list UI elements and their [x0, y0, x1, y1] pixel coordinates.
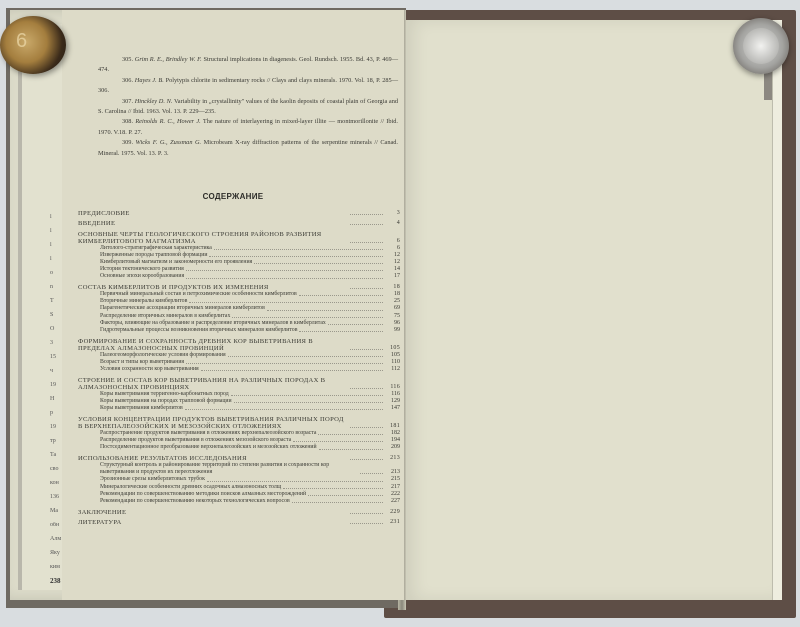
toc-leader-dots — [350, 427, 383, 428]
toc-entry-label: Литература — [78, 519, 350, 526]
toc-page-number: 227 — [386, 498, 400, 505]
toc-leader-dots — [350, 513, 383, 514]
toc-page-number: 209 — [386, 444, 400, 451]
toc-section-entry: Изверженные породы трапповой формации12 — [78, 252, 400, 259]
toc-page-number: 112 — [386, 366, 400, 373]
toc-leader-dots — [186, 278, 383, 279]
toc-chapter-entry: Условия концентрации продуктов выветрива… — [78, 416, 400, 430]
toc-chapter-entry: Литература231 — [78, 519, 400, 526]
toc-page-number: 116 — [386, 391, 400, 398]
toc-chapter-entry: Введение4 — [78, 220, 400, 227]
toc-page-number: 110 — [386, 359, 400, 366]
reference-authors: Hinckley D. N. — [135, 98, 173, 105]
toc-leader-dots — [350, 224, 383, 225]
reference-entry: 309. Wicks F. G., Zussman G. Microbeam X… — [98, 138, 398, 159]
reference-number: 306. — [122, 77, 135, 84]
toc-entry-label: Заключение — [78, 509, 350, 516]
reference-number: 307. — [122, 98, 135, 105]
toc-section-entry: Минералогические особенности древних оса… — [78, 484, 400, 491]
toc-chapter-entry: Основные черты геологического строения р… — [78, 231, 400, 245]
toc-leader-dots — [360, 473, 383, 474]
toc-leader-dots — [186, 270, 383, 271]
toc-section-entry: Факторы, влияющие на образование и распр… — [78, 320, 400, 327]
reference-authors: Reinolds R. C., Hower J. — [135, 118, 200, 125]
toc-leader-dots — [234, 402, 383, 403]
toc-section-entry: Условия сохранности кор выветривания112 — [78, 366, 400, 373]
toc-leader-dots — [254, 263, 383, 264]
coin-weight-left-icon: 6 — [0, 16, 66, 74]
toc-leader-dots — [201, 370, 383, 371]
toc-section-entry: Коры выветривания кимберлитов147 — [78, 405, 400, 412]
toc-chapter-entry: Использование результатов исследования21… — [78, 455, 400, 462]
toc-page-number: 222 — [386, 491, 400, 498]
left-page: llllonTSO315ч19Нр19трТасвокон136МаобнАлм… — [10, 10, 404, 600]
toc-page-number: 25 — [386, 298, 400, 305]
toc-page-number: 129 — [386, 398, 400, 405]
toc-leader-dots — [209, 256, 383, 257]
toc-section-entry: Литолого-стратиграфическая характеристик… — [78, 245, 400, 252]
toc-page-number: 18 — [386, 291, 400, 298]
toc-section-entry: Палеогеоморфологические условия формиров… — [78, 352, 400, 359]
toc-page-number: 116 — [386, 384, 400, 391]
toc-entry-label: Структурный контроль и районирование тер… — [100, 462, 360, 476]
toc-page-number: 96 — [386, 320, 400, 327]
toc-page-number: 194 — [386, 437, 400, 444]
toc-page-number: 105 — [386, 352, 400, 359]
toc-chapter-entry: Заключение229 — [78, 509, 400, 516]
toc-entry-label: Основные черты геологического строения р… — [78, 231, 350, 245]
toc-section-entry: Гидротермальные процессы возникновения в… — [78, 327, 400, 334]
toc-page-number: 217 — [386, 484, 400, 491]
toc-entry-label: Эрозионные срезы кимберлитовых трубок — [100, 476, 207, 483]
toc-page-number: 229 — [386, 509, 400, 516]
toc-section-entry: Постседиментационное преобразование верх… — [78, 444, 400, 451]
toc-page-number: 17 — [386, 273, 400, 280]
toc-leader-dots — [299, 331, 383, 332]
reference-entry: 306. Hayes J. B. Polytypis chlorite in s… — [98, 76, 398, 97]
references-list: 305. Grim R. E., Brindley W. F. Structur… — [98, 55, 398, 159]
toc-leader-dots — [328, 324, 383, 325]
toc-entry-label: Коры выветривания терригенно-карбонатных… — [100, 391, 231, 398]
toc-entry-label: Условия концентрации продуктов выветрива… — [78, 416, 350, 430]
coin-glyph: 6 — [16, 30, 27, 53]
reference-authors: Hayes J. B. — [135, 77, 164, 84]
toc-leader-dots — [308, 495, 383, 496]
reference-entry: 307. Hinckley D. N. Variability in „crys… — [98, 97, 398, 118]
toc-entry-label: Кимберлитовый магматизм и закономерности… — [100, 259, 254, 266]
toc-entry-label: Литолого-стратиграфическая характеристик… — [100, 245, 214, 252]
toc-leader-dots — [283, 488, 383, 489]
reference-authors: Wicks F. G., Zussman G. — [136, 139, 202, 146]
toc-entry-label: Коры выветривания кимберлитов — [100, 405, 185, 412]
underlying-page-edge: llllonTSO315ч19Нр19трТасвокон136МаобнАлм… — [18, 24, 64, 590]
toc-entry-label: Предисловие — [78, 210, 350, 217]
toc-page-number: 6 — [386, 245, 400, 252]
toc-entry-label: Состав кимберлитов и продуктов их измене… — [78, 284, 350, 291]
toc-page-number: 213 — [386, 469, 400, 476]
toc-page-number: 105 — [386, 345, 400, 352]
toc-leader-dots — [267, 310, 383, 311]
toc-page-number: 182 — [386, 430, 400, 437]
toc-leader-dots — [231, 395, 383, 396]
coin-weight-right-icon — [733, 18, 789, 74]
reference-authors: Grim R. E., Brindley W. F. — [135, 56, 202, 63]
toc-section-entry: Кимберлитовый магматизм и закономерности… — [78, 259, 400, 266]
toc-page-number: 18 — [386, 284, 400, 291]
toc-page-number: 147 — [386, 405, 400, 412]
toc-entry-label: Факторы, влияющие на образование и распр… — [100, 320, 328, 327]
toc-entry-label: Парагенетические ассоциации вторичных ми… — [100, 305, 267, 312]
reference-number: 309. — [122, 139, 136, 146]
toc-leader-dots — [232, 317, 383, 318]
reference-entry: 305. Grim R. E., Brindley W. F. Structur… — [98, 55, 398, 76]
toc-entry-label: Постседиментационное преобразование верх… — [100, 444, 319, 451]
toc-leader-dots — [350, 288, 383, 289]
toc-page-number: 4 — [386, 220, 400, 227]
toc-leader-dots — [293, 441, 383, 442]
toc-entry-label: Возраст и типы кор выветривания — [100, 359, 186, 366]
toc-section-entry: Распределение вторичных минералов в кимб… — [78, 313, 400, 320]
table-of-contents: Предисловие3Введение4Основные черты геол… — [78, 206, 400, 526]
toc-page-number: 3 — [386, 210, 400, 217]
toc-entry-label: Гидротермальные процессы возникновения в… — [100, 327, 299, 334]
toc-entry-label: Распределение вторичных минералов в кимб… — [100, 313, 232, 320]
toc-entry-label: Введение — [78, 220, 350, 227]
toc-section-entry: Рекомендации по совершенствованию методи… — [78, 491, 400, 498]
reference-number: 305. — [122, 56, 135, 63]
toc-leader-dots — [299, 295, 383, 296]
toc-leader-dots — [185, 409, 383, 410]
toc-leader-dots — [186, 363, 383, 364]
toc-entry-label: Формирование и сохранность древних кор в… — [78, 338, 350, 352]
toc-section-entry: Парагенетические ассоциации вторичных ми… — [78, 305, 400, 312]
toc-entry-label: Использование результатов исследования — [78, 455, 350, 462]
toc-leader-dots — [189, 302, 383, 303]
toc-leader-dots — [318, 434, 383, 435]
toc-entry-label: Рекомендации по совершенствованию методи… — [100, 491, 308, 498]
toc-leader-dots — [350, 388, 383, 389]
toc-page-number: 69 — [386, 305, 400, 312]
toc-entry-label: Рекомендации по совершенствованию некото… — [100, 498, 292, 505]
toc-leader-dots — [350, 214, 383, 215]
toc-section-entry: Коры выветривания терригенно-карбонатных… — [78, 391, 400, 398]
toc-section-entry: Структурный контроль и районирование тер… — [78, 462, 400, 476]
reference-number: 308. — [122, 118, 135, 125]
toc-section-entry: Основные эпохи корообразования17 — [78, 273, 400, 280]
toc-page-number: 99 — [386, 327, 400, 334]
toc-page-number: 12 — [386, 259, 400, 266]
toc-page-number: 215 — [386, 476, 400, 483]
toc-page-number: 181 — [386, 423, 400, 430]
toc-title: СОДЕРЖАНИЕ — [62, 192, 404, 201]
toc-page-number: 213 — [386, 455, 400, 462]
toc-chapter-entry: Формирование и сохранность древних кор в… — [78, 338, 400, 352]
toc-entry-label: Минералогические особенности древних оса… — [100, 484, 283, 491]
toc-page-number: 12 — [386, 252, 400, 259]
toc-leader-dots — [207, 481, 383, 482]
toc-page-number: 231 — [386, 519, 400, 526]
toc-leader-dots — [292, 502, 383, 503]
toc-section-entry: Возраст и типы кор выветривания110 — [78, 359, 400, 366]
toc-leader-dots — [214, 249, 383, 250]
toc-page-number: 6 — [386, 238, 400, 245]
right-page-blank — [404, 20, 774, 600]
toc-leader-dots — [350, 523, 383, 524]
toc-entry-label: Палеогеоморфологические условия формиров… — [100, 352, 228, 359]
toc-entry-label: Строение и состав кор выветривания на ра… — [78, 377, 350, 391]
toc-chapter-entry: Строение и состав кор выветривания на ра… — [78, 377, 400, 391]
toc-chapter-entry: Предисловие3 — [78, 210, 400, 217]
toc-section-entry: Рекомендации по совершенствованию некото… — [78, 498, 400, 505]
toc-leader-dots — [350, 242, 383, 243]
toc-entry-label: Условия сохранности кор выветривания — [100, 366, 201, 373]
page-stack-edge — [772, 20, 782, 600]
toc-leader-dots — [350, 349, 383, 350]
toc-entry-label: Основные эпохи корообразования — [100, 273, 186, 280]
toc-chapter-entry: Состав кимберлитов и продуктов их измене… — [78, 284, 400, 291]
toc-leader-dots — [319, 449, 383, 450]
reference-entry: 308. Reinolds R. C., Hower J. The nature… — [98, 117, 398, 138]
toc-entry-label: Изверженные породы трапповой формации — [100, 252, 209, 259]
toc-leader-dots — [350, 459, 383, 460]
toc-page-number: 14 — [386, 266, 400, 273]
coin-face — [743, 28, 779, 64]
toc-page-number: 75 — [386, 313, 400, 320]
contents-page: 305. Grim R. E., Brindley W. F. Structur… — [62, 10, 404, 600]
toc-section-entry: Эрозионные срезы кимберлитовых трубок215 — [78, 476, 400, 483]
toc-leader-dots — [228, 356, 383, 357]
